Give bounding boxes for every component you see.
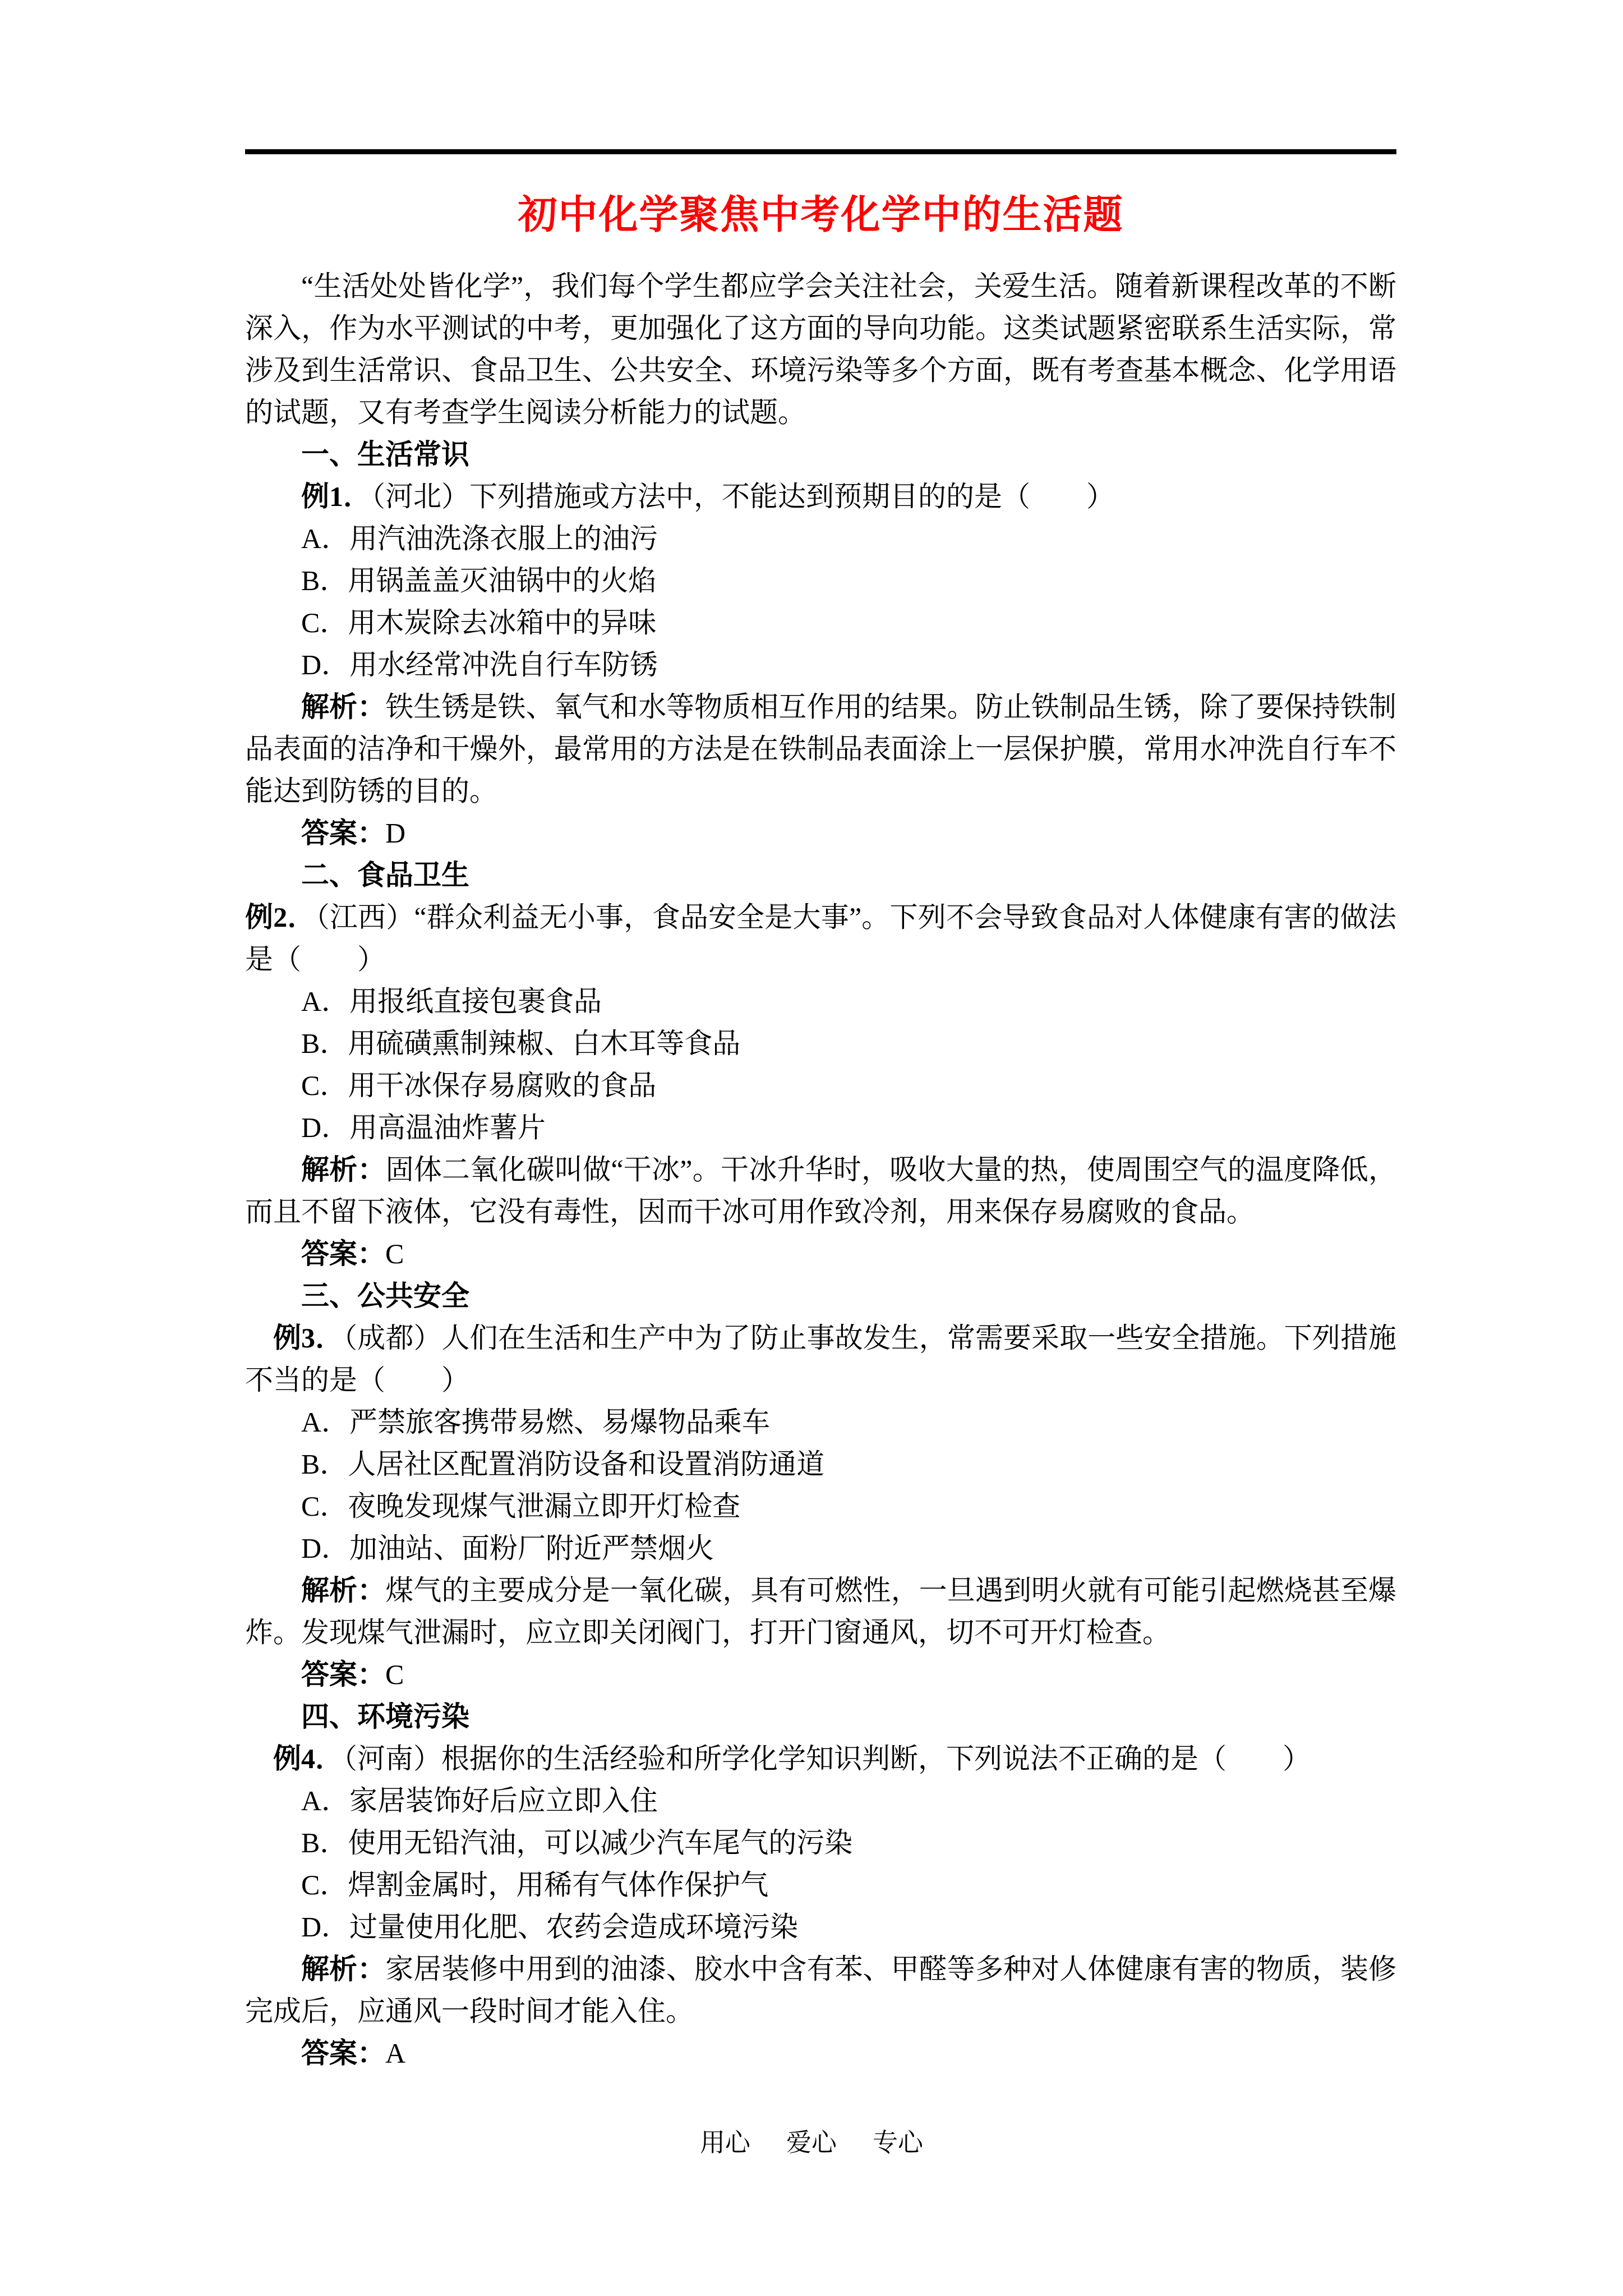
option-line: A．用汽油洗涤衣服上的油污: [245, 518, 1396, 560]
example-label: 例1．: [301, 481, 371, 512]
analysis-text: 家居装修中用到的油漆、胶水中含有苯、甲醛等多种对人体健康有害的物质，装修完成后，…: [245, 1953, 1396, 2027]
footer-item: 专心: [873, 2127, 923, 2159]
option-line: B．人居社区配置消防设备和设置消防通道: [245, 1443, 1396, 1485]
example-label: 例4．: [273, 1743, 343, 1774]
answer-line: 答案：D: [245, 812, 1396, 854]
example-question-line: 例4．（河南）根据你的生活经验和所学化学知识判断，下列说法不正确的是（ ）: [245, 1738, 1396, 1780]
option-line: B．用硫磺熏制辣椒、白木耳等食品: [245, 1023, 1396, 1065]
answer-value: C: [385, 1659, 404, 1690]
option-line: A．严禁旅客携带易燃、易爆物品乘车: [245, 1401, 1396, 1443]
analysis-label: 解析：: [301, 1575, 385, 1606]
section-heading: 四、环境污染: [245, 1696, 1396, 1738]
answer-label: 答案：: [301, 2037, 385, 2069]
option-line: B．用锅盖盖灭油锅中的火焰: [245, 560, 1396, 602]
analysis-paragraph: 解析：铁生锈是铁、氧气和水等物质相互作用的结果。防止铁制品生锈，除了要保持铁制品…: [245, 686, 1396, 812]
example-question-line: 例2．（江西）“群众利益无小事，食品安全是大事”。下列不会导致食品对人体健康有害…: [245, 896, 1396, 981]
analysis-paragraph: 解析：固体二氧化碳叫做“干冰”。干冰升华时，吸收大量的热，使周围空气的温度降低，…: [245, 1149, 1396, 1233]
analysis-label: 解析：: [301, 691, 385, 723]
section-heading: 三、公共安全: [245, 1275, 1396, 1317]
analysis-text: 铁生锈是铁、氧气和水等物质相互作用的结果。防止铁制品生锈，除了要保持铁制品表面的…: [245, 691, 1396, 807]
answer-value: D: [385, 817, 405, 849]
document-content: 初中化学聚焦中考化学中的生活题 “生活处处皆化学”，我们每个学生都应学会关注社会…: [245, 149, 1396, 2074]
analysis-paragraph: 解析：家居装修中用到的油漆、胶水中含有苯、甲醛等多种对人体健康有害的物质，装修完…: [245, 1948, 1396, 2032]
example-label: 例2．: [245, 901, 316, 933]
analysis-label: 解析：: [301, 1154, 386, 1185]
answer-label: 答案：: [301, 817, 385, 849]
answer-label: 答案：: [301, 1659, 385, 1690]
option-line: B．使用无铅汽油，可以减少汽车尾气的污染: [245, 1822, 1396, 1864]
example-question-line: 例1．（河北）下列措施或方法中，不能达到预期目的的是（ ）: [245, 476, 1396, 518]
section-heading: 一、生活常识: [245, 434, 1396, 476]
intro-paragraph: “生活处处皆化学”，我们每个学生都应学会关注社会，关爱生活。随着新课程改革的不断…: [245, 265, 1396, 434]
example-question: （成都）人们在生活和生产中为了防止事故发生，常需要采取一些安全措施。下列措施不当…: [245, 1322, 1396, 1396]
example-question: （江西）“群众利益无小事，食品安全是大事”。下列不会导致食品对人体健康有害的做法…: [245, 901, 1396, 975]
answer-line: 答案：C: [245, 1233, 1396, 1275]
document-page: 初中化学聚焦中考化学中的生活题 “生活处处皆化学”，我们每个学生都应学会关注社会…: [0, 0, 1623, 2296]
option-line: D．加油站、面粉厂附近严禁烟火: [245, 1527, 1396, 1570]
option-line: D．用高温油炸薯片: [245, 1107, 1396, 1149]
example-question: （河北）下列措施或方法中，不能达到预期目的的是（ ）: [371, 481, 1114, 512]
page-footer: 用心 爱心 专心: [0, 2127, 1623, 2159]
analysis-text: 固体二氧化碳叫做“干冰”。干冰升华时，吸收大量的热，使周围空气的温度降低，而且不…: [245, 1154, 1396, 1227]
option-line: C．用木炭除去冰箱中的异味: [245, 602, 1396, 644]
analysis-label: 解析：: [301, 1953, 385, 1985]
answer-label: 答案：: [301, 1238, 385, 1269]
example-label: 例3．: [273, 1322, 343, 1354]
option-line: A．家居装饰好后应立即入住: [245, 1780, 1396, 1822]
example-question: （河南）根据你的生活经验和所学化学知识判断，下列说法不正确的是（ ）: [343, 1743, 1311, 1774]
analysis-text: 煤气的主要成分是一氧化碳，具有可燃性，一旦遇到明火就有可能引起燃烧甚至爆炸。发现…: [245, 1575, 1396, 1648]
option-line: C．用干冰保存易腐败的食品: [245, 1065, 1396, 1107]
section-heading: 二、食品卫生: [245, 854, 1396, 896]
option-line: C．夜晚发现煤气泄漏立即开灯检查: [245, 1485, 1396, 1527]
example-question-line: 例3．（成都）人们在生活和生产中为了防止事故发生，常需要采取一些安全措施。下列措…: [245, 1317, 1396, 1401]
answer-line: 答案：C: [245, 1654, 1396, 1696]
answer-line: 答案：A: [245, 2032, 1396, 2074]
footer-item: 爱心: [786, 2127, 837, 2159]
answer-value: A: [385, 2037, 405, 2069]
answer-value: C: [385, 1238, 404, 1269]
option-line: A．用报纸直接包裹食品: [245, 981, 1396, 1023]
horizontal-rule: [245, 149, 1396, 154]
option-line: D．过量使用化肥、农药会造成环境污染: [245, 1906, 1396, 1948]
option-line: D．用水经常冲洗自行车防锈: [245, 644, 1396, 686]
analysis-paragraph: 解析：煤气的主要成分是一氧化碳，具有可燃性，一旦遇到明火就有可能引起燃烧甚至爆炸…: [245, 1570, 1396, 1654]
page-title: 初中化学聚焦中考化学中的生活题: [245, 188, 1396, 244]
option-line: C．焊割金属时，用稀有气体作保护气: [245, 1864, 1396, 1906]
footer-item: 用心: [700, 2127, 750, 2159]
